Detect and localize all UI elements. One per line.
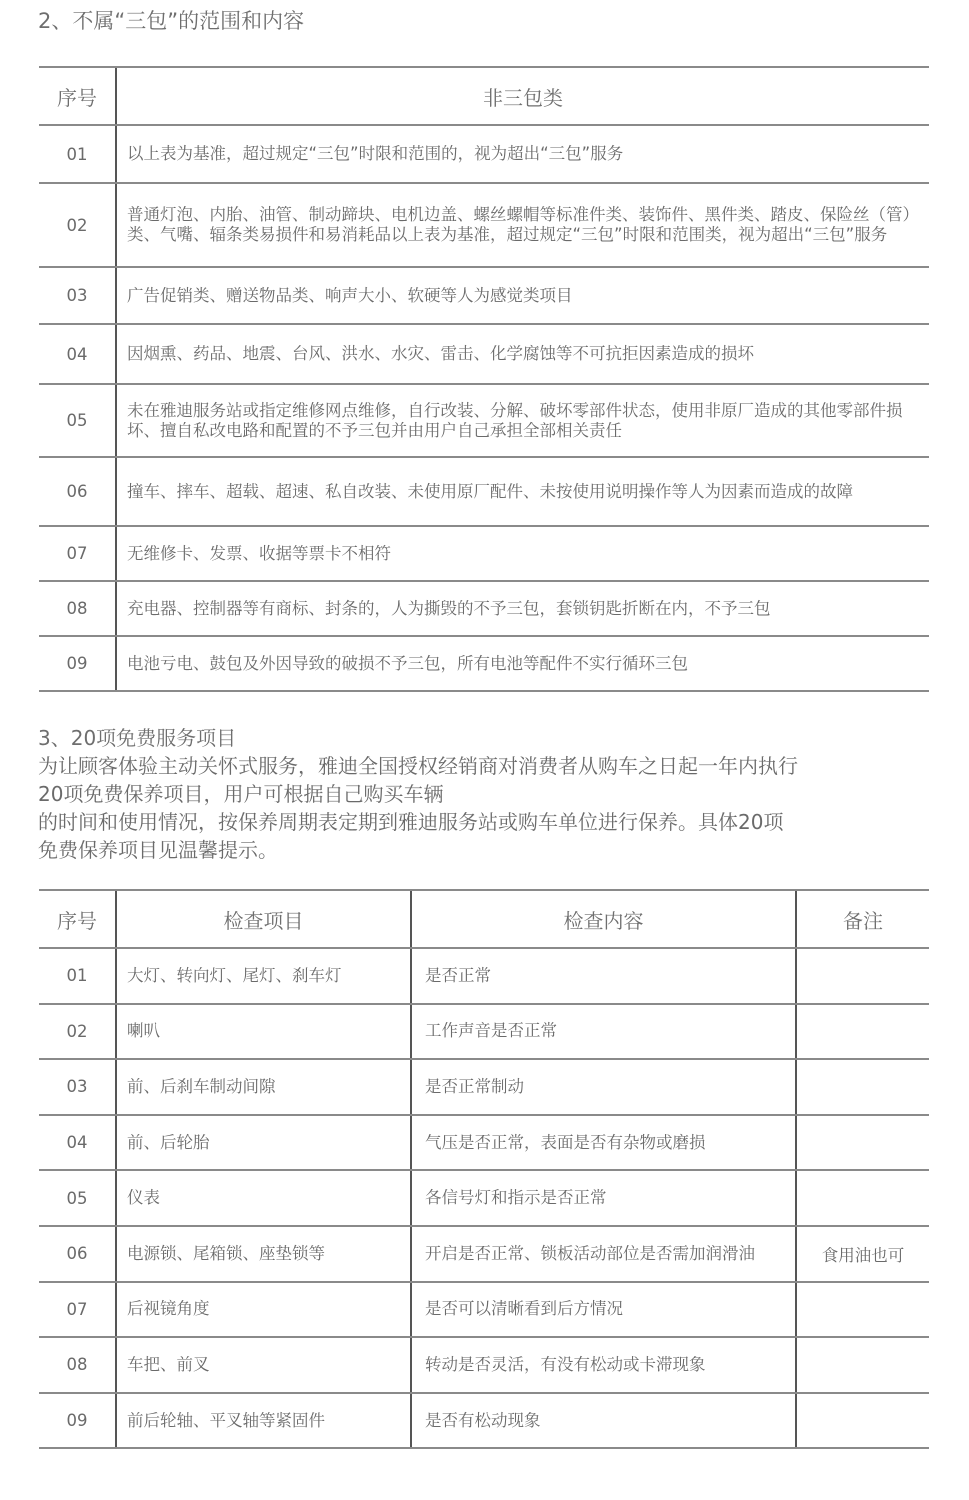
paragraph-line: 20项免费保养项目，用户可根据自己购买车辆	[38, 780, 938, 808]
row-check-item: 车把、前叉	[116, 1337, 411, 1393]
row-check-content: 是否正常制动	[411, 1059, 796, 1115]
col-header-no: 序号	[39, 67, 116, 125]
section3-heading: 3、20项免费服务项目	[38, 724, 236, 752]
table-row: 01以上表为基准，超过规定“三包”时限和范围的，视为超出“三包”服务	[39, 125, 929, 183]
row-note	[796, 1393, 929, 1449]
table-row: 05未在雅迪服务站或指定维修网点维修，自行改装、分解、破坏零部件状态，使用非原厂…	[39, 384, 929, 457]
row-note	[796, 1170, 929, 1226]
table-row: 08车把、前叉转动是否灵活，有没有松动或卡滞现象	[39, 1337, 929, 1393]
row-check-item: 前后轮轴、平叉轴等紧固件	[116, 1393, 411, 1449]
col-header-category: 非三包类	[116, 67, 929, 125]
row-number: 09	[39, 1393, 116, 1449]
paragraph-line: 的时间和使用情况，按保养周期表定期到雅迪服务站或购车单位进行保养。具体20项	[38, 808, 938, 836]
row-check-item: 喇叭	[116, 1004, 411, 1060]
col-header-item: 检查项目	[116, 890, 411, 948]
non-warranty-table: 序号 非三包类 01以上表为基准，超过规定“三包”时限和范围的，视为超出“三包”…	[39, 66, 929, 692]
row-note	[796, 1282, 929, 1338]
table-row: 03前、后刹车制动间隙是否正常制动	[39, 1059, 929, 1115]
row-check-item: 前、后刹车制动间隙	[116, 1059, 411, 1115]
paragraph-line: 为让顾客体验主动关怀式服务，雅迪全国授权经销商对消费者从购车之日起一年内执行	[38, 752, 938, 780]
row-number: 09	[39, 636, 116, 691]
row-check-content: 工作声音是否正常	[411, 1004, 796, 1060]
row-note	[796, 1337, 929, 1393]
row-description: 以上表为基准，超过规定“三包”时限和范围的，视为超出“三包”服务	[116, 125, 929, 183]
row-number: 04	[39, 324, 116, 384]
row-check-content: 是否可以清晰看到后方情况	[411, 1282, 796, 1338]
row-check-content: 气压是否正常，表面是否有杂物或磨损	[411, 1115, 796, 1171]
row-description: 撞车、摔车、超载、超速、私自改装、未使用原厂配件、未按使用说明操作等人为因素而造…	[116, 457, 929, 526]
row-number: 08	[39, 1337, 116, 1393]
row-description: 普通灯泡、内胎、油管、制动蹄块、电机边盖、螺丝螺帽等标准件类、装饰件、黑件类、踏…	[116, 183, 929, 267]
row-note	[796, 1059, 929, 1115]
row-number: 05	[39, 384, 116, 457]
row-check-item: 后视镜角度	[116, 1282, 411, 1338]
row-number: 07	[39, 526, 116, 581]
row-number: 02	[39, 183, 116, 267]
row-number: 08	[39, 581, 116, 636]
col-header-content: 检查内容	[411, 890, 796, 948]
table-row: 04因烟熏、药品、地震、台风、洪水、水灾、雷击、化学腐蚀等不可抗拒因素造成的损坏	[39, 324, 929, 384]
table-row: 06撞车、摔车、超载、超速、私自改装、未使用原厂配件、未按使用说明操作等人为因素…	[39, 457, 929, 526]
table-row: 07后视镜角度是否可以清晰看到后方情况	[39, 1282, 929, 1338]
row-check-item: 电源锁、尾箱锁、座垫锁等	[116, 1226, 411, 1282]
section2-heading: 2、不属“三包”的范围和内容	[38, 7, 304, 35]
table-row: 02普通灯泡、内胎、油管、制动蹄块、电机边盖、螺丝螺帽等标准件类、装饰件、黑件类…	[39, 183, 929, 267]
row-number: 06	[39, 1226, 116, 1282]
row-check-content: 是否有松动现象	[411, 1393, 796, 1449]
row-description: 未在雅迪服务站或指定维修网点维修，自行改装、分解、破坏零部件状态，使用非原厂造成…	[116, 384, 929, 457]
row-number: 03	[39, 267, 116, 324]
paragraph-line: 免费保养项目见温馨提示。	[38, 836, 938, 864]
row-number: 02	[39, 1004, 116, 1060]
table-row: 02喇叭工作声音是否正常	[39, 1004, 929, 1060]
row-description: 电池亏电、鼓包及外因导致的破损不予三包，所有电池等配件不实行循环三包	[116, 636, 929, 691]
section3-paragraph: 为让顾客体验主动关怀式服务，雅迪全国授权经销商对消费者从购车之日起一年内执行 2…	[38, 752, 938, 864]
row-check-item: 前、后轮胎	[116, 1115, 411, 1171]
table-row: 06电源锁、尾箱锁、座垫锁等开启是否正常、锁板活动部位是否需加润滑油食用油也可	[39, 1226, 929, 1282]
table-row: 08充电器、控制器等有商标、封条的，人为撕毁的不予三包，套锁钥匙折断在内，不予三…	[39, 581, 929, 636]
table-row: 04前、后轮胎气压是否正常，表面是否有杂物或磨损	[39, 1115, 929, 1171]
row-check-content: 是否正常	[411, 948, 796, 1004]
row-note	[796, 948, 929, 1004]
row-note: 食用油也可	[796, 1226, 929, 1282]
table-row: 03广告促销类、赠送物品类、响声大小、软硬等人为感觉类项目	[39, 267, 929, 324]
row-note	[796, 1115, 929, 1171]
table-row: 05仪表各信号灯和指示是否正常	[39, 1170, 929, 1226]
row-number: 06	[39, 457, 116, 526]
col-header-note: 备注	[796, 890, 929, 948]
row-check-content: 开启是否正常、锁板活动部位是否需加润滑油	[411, 1226, 796, 1282]
row-number: 01	[39, 948, 116, 1004]
row-check-content: 各信号灯和指示是否正常	[411, 1170, 796, 1226]
row-check-item: 仪表	[116, 1170, 411, 1226]
row-description: 广告促销类、赠送物品类、响声大小、软硬等人为感觉类项目	[116, 267, 929, 324]
row-check-item: 大灯、转向灯、尾灯、刹车灯	[116, 948, 411, 1004]
table-row: 09电池亏电、鼓包及外因导致的破损不予三包，所有电池等配件不实行循环三包	[39, 636, 929, 691]
row-description: 无维修卡、发票、收据等票卡不相符	[116, 526, 929, 581]
row-number: 05	[39, 1170, 116, 1226]
free-service-table: 序号 检查项目 检查内容 备注 01大灯、转向灯、尾灯、刹车灯是否正常02喇叭工…	[39, 889, 929, 1449]
row-check-content: 转动是否灵活，有没有松动或卡滞现象	[411, 1337, 796, 1393]
row-number: 07	[39, 1282, 116, 1338]
row-description: 充电器、控制器等有商标、封条的，人为撕毁的不予三包，套锁钥匙折断在内，不予三包	[116, 581, 929, 636]
table-row: 07无维修卡、发票、收据等票卡不相符	[39, 526, 929, 581]
row-number: 01	[39, 125, 116, 183]
row-description: 因烟熏、药品、地震、台风、洪水、水灾、雷击、化学腐蚀等不可抗拒因素造成的损坏	[116, 324, 929, 384]
table-row: 01大灯、转向灯、尾灯、刹车灯是否正常	[39, 948, 929, 1004]
table-row: 09前后轮轴、平叉轴等紧固件是否有松动现象	[39, 1393, 929, 1449]
row-number: 03	[39, 1059, 116, 1115]
col-header-no: 序号	[39, 890, 116, 948]
row-number: 04	[39, 1115, 116, 1171]
row-note	[796, 1004, 929, 1060]
